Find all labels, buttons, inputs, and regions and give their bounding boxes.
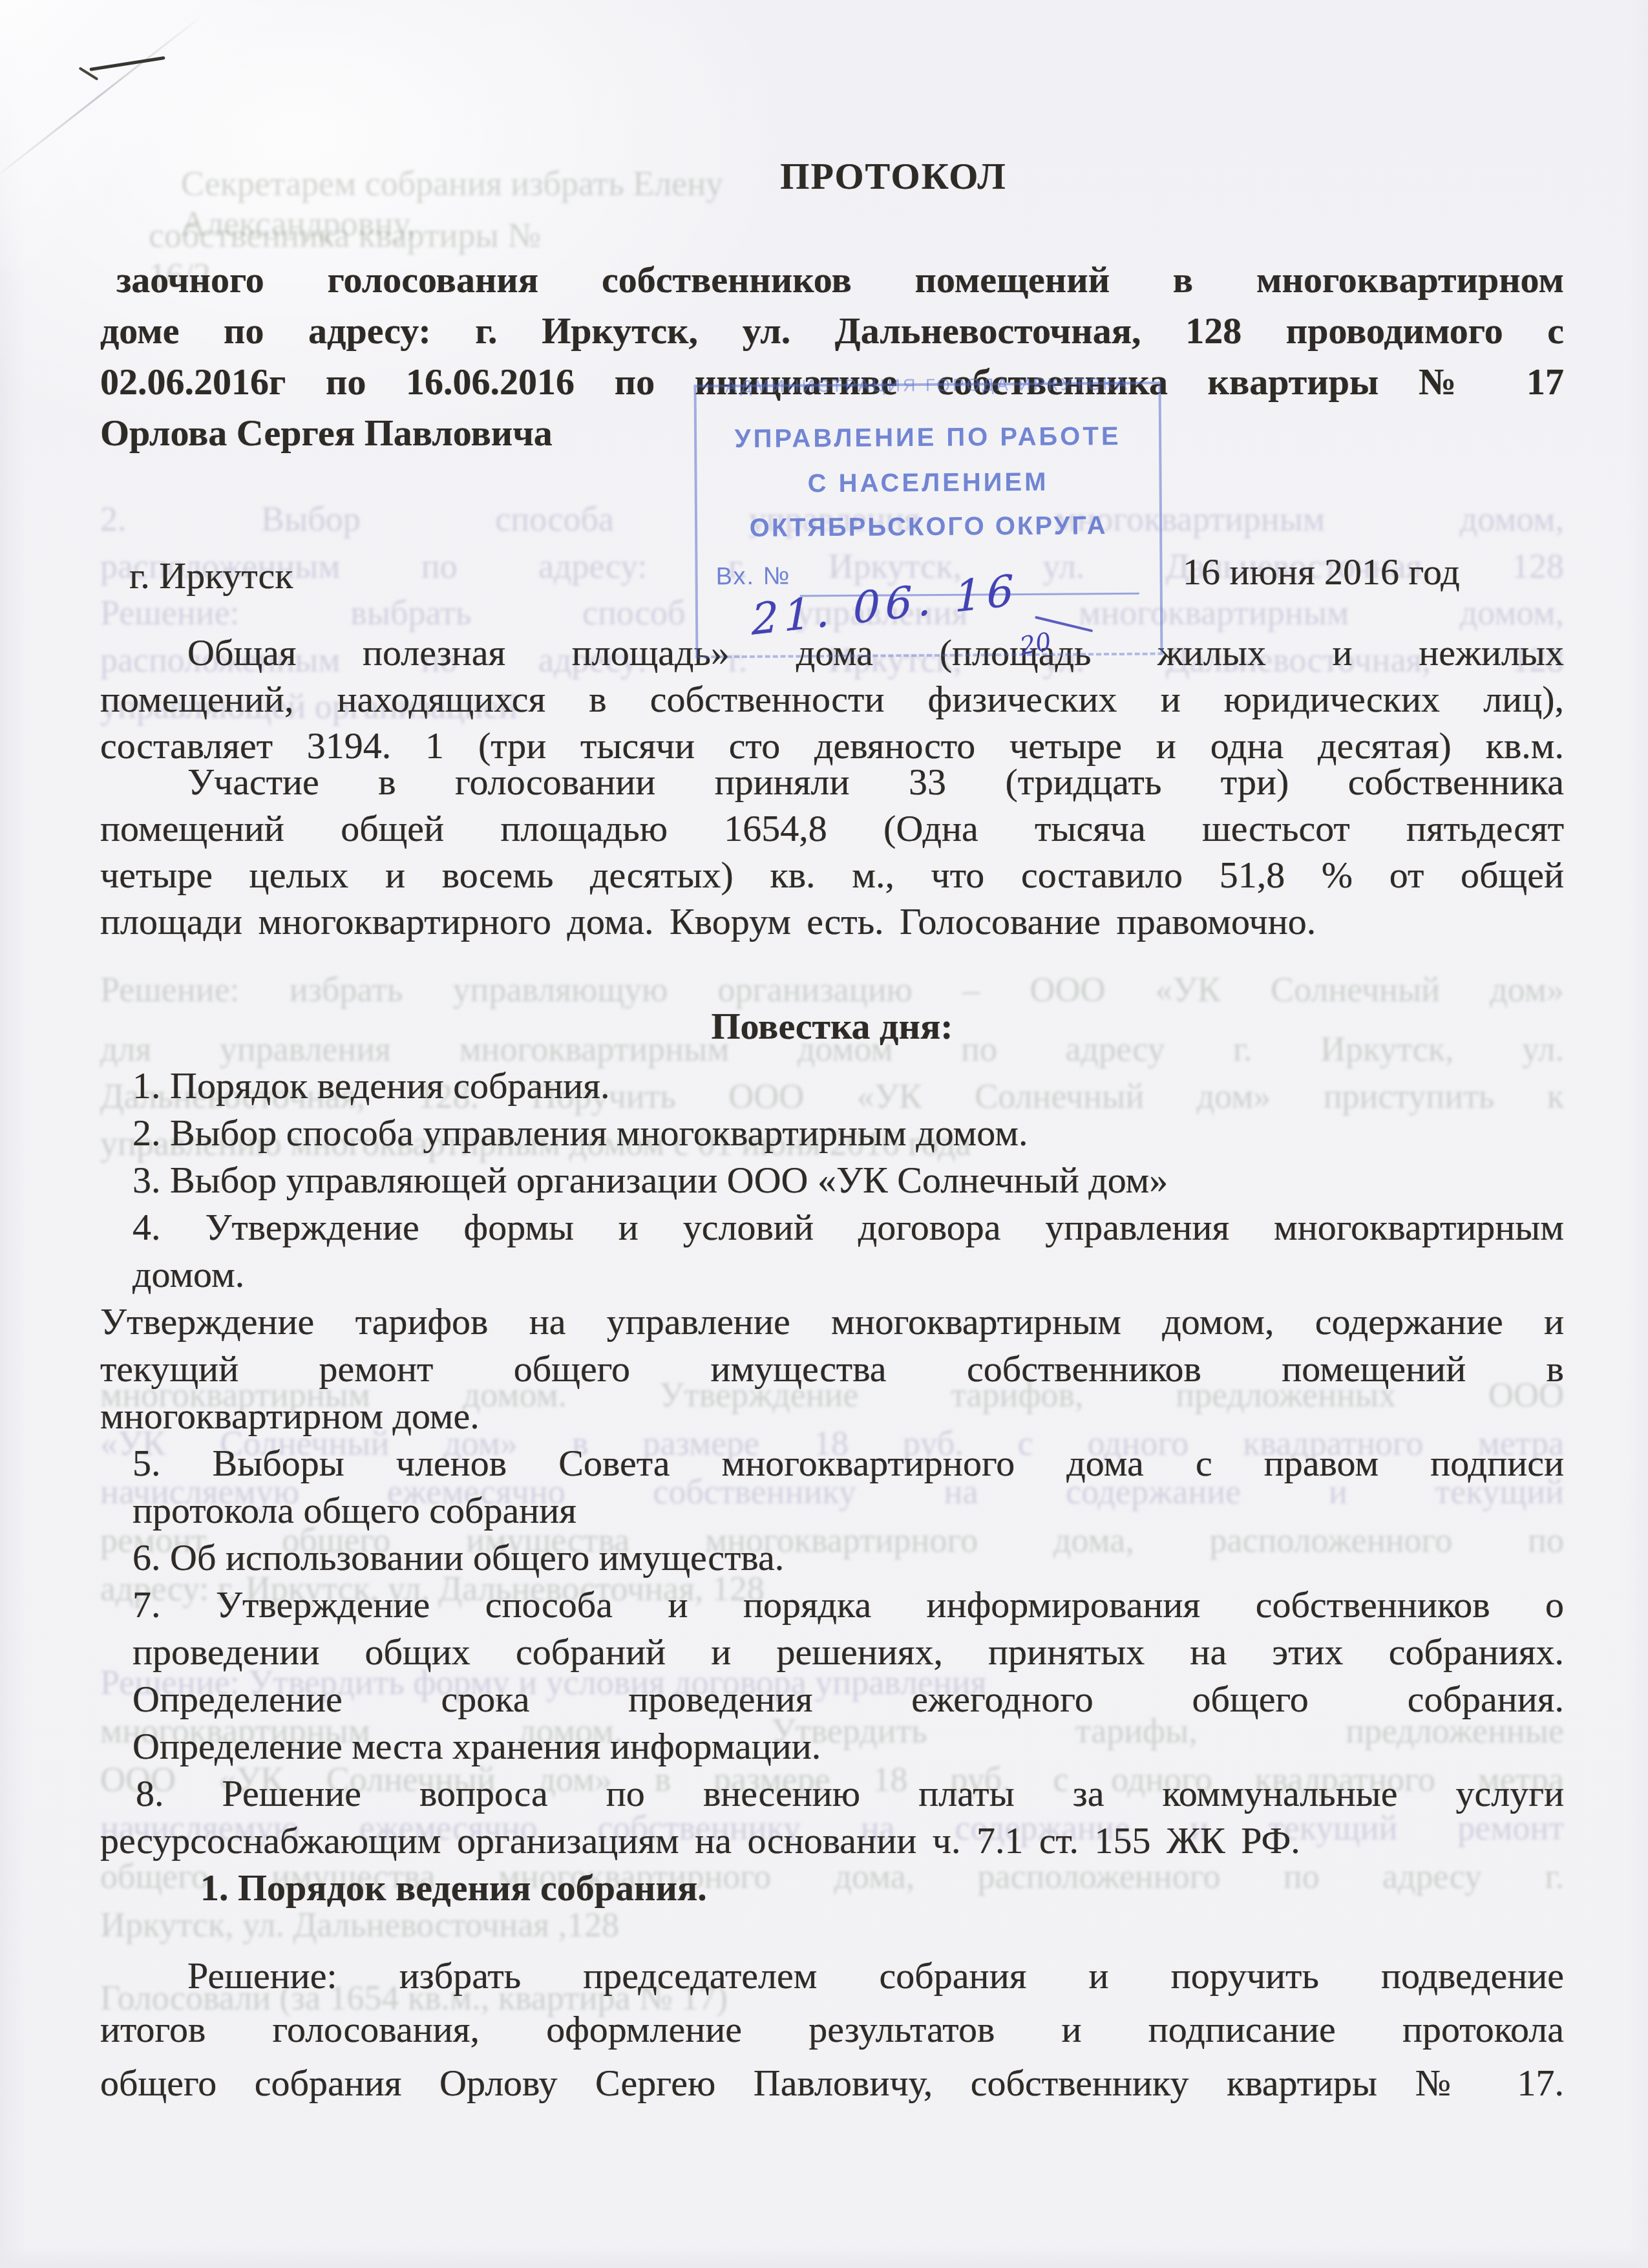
stamp-org-line: УПРАВЛЕНИЕ ПО РАБОТЕ [697, 422, 1159, 454]
resolution-line: итогов голосования, оформление результат… [100, 2007, 1564, 2052]
agenda-item-continuation: протокола общего собрания [132, 1488, 1564, 1533]
stamp-incoming-number-label: Вх. № [715, 562, 790, 591]
resolution-line: общего собрания Орлову Сергею Павловичу,… [100, 2061, 1564, 2106]
agenda-item: 2. Выбор способа управления многоквартир… [132, 1110, 1564, 1156]
agenda-heading: Повестка дня: [100, 1004, 1564, 1049]
handwritten-year-fragment: 20 [1018, 627, 1054, 661]
scanned-document-page: Секретарем собрания избрать Елену Алекса… [0, 0, 1648, 2268]
agenda-item: 6. Об использовании общего имущества. [132, 1535, 1564, 1580]
tariff-paragraph-line: текущий ремонт общего имущества собствен… [100, 1346, 1564, 1392]
agenda-item-continuation: домом. [132, 1252, 1564, 1297]
resolution-line: Решение: избрать председателем собрания … [100, 1953, 1564, 1998]
body-line: площади многоквартирного дома. Кворум ес… [100, 899, 1564, 944]
agenda-item: 5. Выборы членов Совета многоквартирного… [132, 1441, 1564, 1486]
stamp-org-line: АДМИНИСТРАЦИЯ ГОРОДА ИРКУТСКА [696, 374, 1158, 397]
agenda-item: 3. Выбор управляющей организации ООО «УК… [132, 1158, 1564, 1203]
document-title: ПРОТОКОЛ [162, 154, 1625, 199]
agenda-item-continuation: проведении общих собраний и решениях, пр… [132, 1629, 1564, 1675]
agenda-item: 8. Решение вопроса по внесению платы за … [100, 1771, 1564, 1816]
agenda-item-continuation: ресурсоснабжающим организациям на основа… [100, 1818, 1564, 1863]
stamp-org-line: ОКТЯБРЬСКОГО ОКРУГА [697, 511, 1159, 544]
agenda-item-continuation: Определение места хранения информации. [132, 1724, 1564, 1769]
bleedthrough-line: Иркутск, ул. Дальневосточная ,128 [100, 1905, 682, 1945]
tariff-paragraph-line: многоквартирном доме. [100, 1394, 1564, 1439]
agenda-item: 7. Утверждение способа и порядка информи… [132, 1582, 1564, 1627]
date-label: 16 июня 2016 год [1183, 549, 1570, 595]
registration-stamp: АДМИНИСТРАЦИЯ ГОРОДА ИРКУТСКА УПРАВЛЕНИЕ… [694, 381, 1163, 658]
intro-line: заочного голосования собственников помещ… [100, 257, 1564, 302]
handwritten-date: 21. 06. 16 [752, 565, 1019, 645]
city-label: г. Иркутск [129, 553, 517, 599]
tariff-paragraph-line: Утверждение тарифов на управление многок… [100, 1299, 1564, 1344]
stamp-org-line: С НАСЕЛЕНИЕМ [697, 467, 1159, 500]
agenda-item: 4. Утверждение формы и условий договора … [132, 1205, 1564, 1250]
intro-line: доме по адресу: г. Иркутск, ул. Дальнево… [100, 308, 1564, 354]
agenda-item-continuation: Определение срока проведения ежегодного … [132, 1677, 1564, 1722]
body-line: Участие в голосовании приняли 33 (тридца… [100, 759, 1564, 805]
body-line: помещений, находящихся в собственности ф… [100, 677, 1564, 722]
agenda-item: 1. Порядок ведения собрания. [132, 1063, 1564, 1108]
body-line: четыре целых и восемь десятых) кв. м., ч… [100, 853, 1564, 898]
body-line: помещений общей площадью 1654,8 (Одна ты… [100, 806, 1564, 851]
section-heading: 1. Порядок ведения собрания. [200, 1865, 1170, 1911]
